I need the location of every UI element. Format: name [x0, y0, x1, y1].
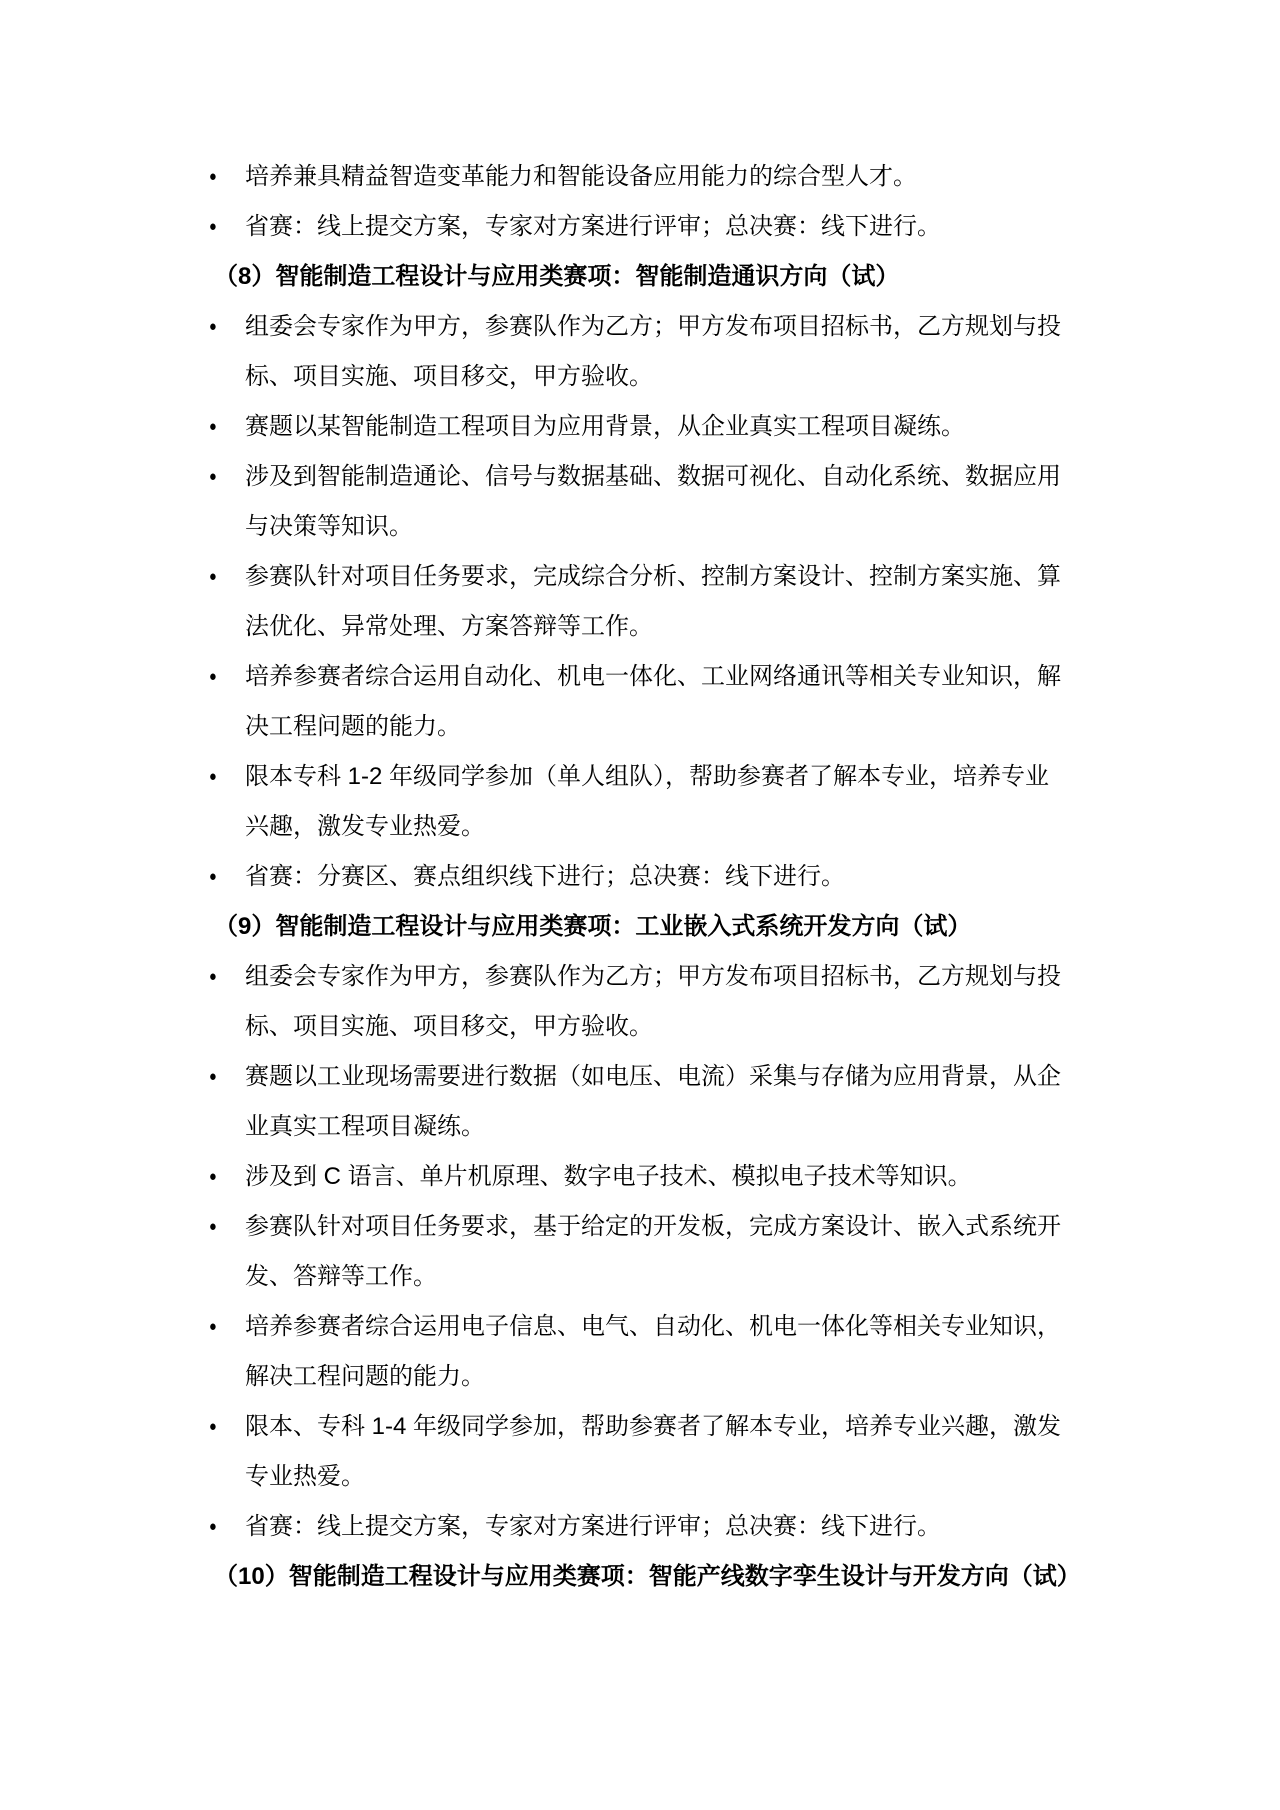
- section-heading-9: （9）智能制造工程设计与应用类赛项：工业嵌入式系统开发方向（试）: [0, 902, 1214, 952]
- bullet-text: 培养参赛者综合运用电子信息、电气、自动化、机电一体化等相关专业知识， 解决工程问…: [245, 1302, 1095, 1402]
- bullet-text: 涉及到智能制造通论、信号与数据基础、数据可视化、自动化系统、数据应用 与决策等知…: [245, 452, 1095, 552]
- bullet-item: ● 培养参赛者综合运用自动化、机电一体化、工业网络通讯等相关专业知识，解 决工程…: [0, 652, 1280, 752]
- bullet-text: 省赛：线上提交方案，专家对方案进行评审；总决赛：线下进行。: [245, 1502, 1095, 1552]
- bullet-text: 赛题以某智能制造工程项目为应用背景，从企业真实工程项目凝练。: [245, 402, 1095, 452]
- bullet-icon: ●: [209, 402, 240, 452]
- section-heading-8: （8）智能制造工程设计与应用类赛项：智能制造通识方向（试）: [0, 252, 1214, 302]
- bullet-icon: ●: [209, 302, 240, 352]
- bullet-item: ● 赛题以某智能制造工程项目为应用背景，从企业真实工程项目凝练。: [0, 402, 1280, 452]
- bullet-icon: ●: [209, 452, 240, 502]
- bullet-text: 限本、专科 1-4 年级同学参加，帮助参赛者了解本专业，培养专业兴趣，激发 专业…: [245, 1402, 1095, 1502]
- bullet-text: 培养参赛者综合运用自动化、机电一体化、工业网络通讯等相关专业知识，解 决工程问题…: [245, 652, 1095, 752]
- bullet-item: ● 省赛：分赛区、赛点组织线下进行；总决赛：线下进行。: [0, 852, 1280, 902]
- bullet-item: ● 省赛：线上提交方案，专家对方案进行评审；总决赛：线下进行。: [0, 1502, 1280, 1552]
- bullet-item: ● 组委会专家作为甲方，参赛队作为乙方；甲方发布项目招标书，乙方规划与投 标、项…: [0, 302, 1280, 402]
- bullet-icon: ●: [209, 202, 240, 252]
- bullet-icon: ●: [209, 952, 240, 1002]
- bullet-item: ● 省赛：线上提交方案，专家对方案进行评审；总决赛：线下进行。: [0, 202, 1280, 252]
- bullet-icon: ●: [209, 1402, 240, 1452]
- bullet-icon: ●: [209, 1152, 240, 1202]
- bullet-icon: ●: [209, 852, 240, 902]
- bullet-icon: ●: [209, 1202, 240, 1252]
- bullet-icon: ●: [209, 752, 240, 802]
- bullet-text: 培养兼具精益智造变革能力和智能设备应用能力的综合型人才。: [245, 152, 1095, 202]
- bullet-item: ● 培养参赛者综合运用电子信息、电气、自动化、机电一体化等相关专业知识， 解决工…: [0, 1302, 1280, 1402]
- bullet-item: ● 涉及到 C 语言、单片机原理、数字电子技术、模拟电子技术等知识。: [0, 1152, 1280, 1202]
- bullet-icon: ●: [209, 1502, 240, 1552]
- bullet-item: ● 涉及到智能制造通论、信号与数据基础、数据可视化、自动化系统、数据应用 与决策…: [0, 452, 1280, 552]
- bullet-text: 限本专科 1-2 年级同学参加（单人组队），帮助参赛者了解本专业，培养专业 兴趣…: [245, 752, 1095, 852]
- bullet-icon: ●: [209, 1302, 240, 1352]
- document-page: ● 培养兼具精益智造变革能力和智能设备应用能力的综合型人才。 ● 省赛：线上提交…: [0, 0, 1280, 1810]
- bullet-icon: ●: [209, 652, 240, 702]
- bullet-text: 参赛队针对项目任务要求，完成综合分析、控制方案设计、控制方案实施、算 法优化、异…: [245, 552, 1095, 652]
- bullet-text: 赛题以工业现场需要进行数据（如电压、电流）采集与存储为应用背景，从企 业真实工程…: [245, 1052, 1095, 1152]
- bullet-item: ● 组委会专家作为甲方，参赛队作为乙方；甲方发布项目招标书，乙方规划与投 标、项…: [0, 952, 1280, 1052]
- bullet-text: 组委会专家作为甲方，参赛队作为乙方；甲方发布项目招标书，乙方规划与投 标、项目实…: [245, 952, 1095, 1052]
- bullet-item: ● 赛题以工业现场需要进行数据（如电压、电流）采集与存储为应用背景，从企 业真实…: [0, 1052, 1280, 1152]
- bullet-text: 省赛：分赛区、赛点组织线下进行；总决赛：线下进行。: [245, 852, 1095, 902]
- bullet-text: 省赛：线上提交方案，专家对方案进行评审；总决赛：线下进行。: [245, 202, 1095, 252]
- bullet-text: 参赛队针对项目任务要求，基于给定的开发板，完成方案设计、嵌入式系统开 发、答辩等…: [245, 1202, 1095, 1302]
- bullet-item: ● 参赛队针对项目任务要求，基于给定的开发板，完成方案设计、嵌入式系统开 发、答…: [0, 1202, 1280, 1302]
- bullet-icon: ●: [209, 152, 240, 202]
- bullet-item: ● 限本专科 1-2 年级同学参加（单人组队），帮助参赛者了解本专业，培养专业 …: [0, 752, 1280, 852]
- bullet-text: 组委会专家作为甲方，参赛队作为乙方；甲方发布项目招标书，乙方规划与投 标、项目实…: [245, 302, 1095, 402]
- bullet-icon: ●: [209, 1052, 240, 1102]
- bullet-item: ● 限本、专科 1-4 年级同学参加，帮助参赛者了解本专业，培养专业兴趣，激发 …: [0, 1402, 1280, 1502]
- document-content: ● 培养兼具精益智造变革能力和智能设备应用能力的综合型人才。 ● 省赛：线上提交…: [0, 152, 1280, 1602]
- bullet-icon: ●: [209, 552, 240, 602]
- section-heading-10: （10）智能制造工程设计与应用类赛项：智能产线数字孪生设计与开发方向（试）: [0, 1552, 1214, 1602]
- bullet-item: ● 培养兼具精益智造变革能力和智能设备应用能力的综合型人才。: [0, 152, 1280, 202]
- bullet-text: 涉及到 C 语言、单片机原理、数字电子技术、模拟电子技术等知识。: [245, 1152, 1095, 1202]
- bullet-item: ● 参赛队针对项目任务要求，完成综合分析、控制方案设计、控制方案实施、算 法优化…: [0, 552, 1280, 652]
